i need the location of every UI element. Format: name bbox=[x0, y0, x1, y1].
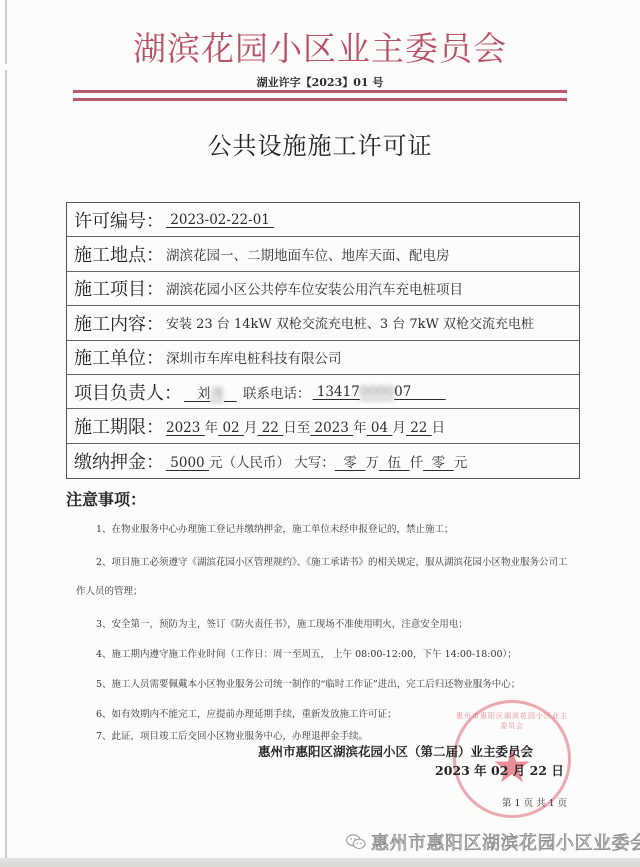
day-to: 日至 bbox=[283, 420, 310, 436]
row-location: 施工地点： 湖滨花园一、二期地面车位、地库天面、配电房 bbox=[67, 237, 579, 271]
row-content: 施工内容： 安装 23 台 14kW 双枪交流充电桩、3 台 7kW 双枪交流充… bbox=[67, 306, 579, 340]
permit-no-label: 许可编号： bbox=[74, 207, 164, 233]
manager-name-pad bbox=[224, 386, 237, 402]
start-month: 02 bbox=[218, 420, 244, 436]
note-item-2-cont: 作人员的管理； bbox=[76, 585, 143, 599]
wechat-watermark: 惠州市惠阳区湖滨花园小区业委会 bbox=[345, 829, 640, 855]
month-char-2: 月 bbox=[392, 420, 406, 436]
year-char-2: 年 bbox=[353, 420, 367, 436]
watermark-text: 惠州市惠阳区湖滨花园小区业委会 bbox=[371, 829, 640, 855]
project-value: 湖滨花园小区公共停车位安装公用汽车充电桩项目 bbox=[166, 278, 463, 298]
content-value: 安装 23 台 14kW 双枪交流充电桩、3 台 7kW 双枪交流充电桩 bbox=[166, 313, 534, 332]
deposit-yuan-digit: 零 bbox=[423, 455, 454, 471]
signature-date: 2023 年 02 月 22 日 bbox=[435, 761, 564, 779]
row-project: 施工项目： 湖滨花园小区公共停车位安装公用汽车充电桩项目 bbox=[67, 272, 579, 306]
content-label: 施工内容： bbox=[74, 310, 164, 336]
deposit-yuan: 元 bbox=[454, 455, 468, 471]
note-item-1: 1、在物业服务中心办理施工登记并缴纳押金，施工单位未经申报登记的，禁止施工； bbox=[96, 523, 454, 537]
phone-redacted: 0000 bbox=[360, 384, 394, 400]
notes-heading: 注意事项： bbox=[66, 487, 146, 510]
row-period: 施工期限： 2023 年 02 月 22 日至 2023 年 04 月 22 日 bbox=[67, 409, 579, 443]
note-item-5: 5、施工人员需要佩戴本小区物业服务公司统一制作的“临时工作证”进出，完工后归还物… bbox=[96, 678, 520, 692]
note-item-3: 3、安全第一，预防为主，签订《防火责任书》，施工现场不准使用明火，注意安全用电； bbox=[96, 618, 468, 632]
seal-text: 惠州市惠阳区湖滨花园小区业主委员会 bbox=[456, 711, 568, 731]
phone-value: 13417000007 bbox=[313, 384, 446, 400]
phone-visible-prefix: 13417 bbox=[313, 384, 360, 400]
permit-form-table: 许可编号： 2023-02-22-01 施工地点： 湖滨花园一、二期地面车位、地… bbox=[66, 202, 580, 479]
location-label: 施工地点： bbox=[74, 241, 164, 267]
deposit-unit: 元（人民币） 大写： bbox=[209, 455, 335, 471]
year-char: 年 bbox=[205, 420, 219, 436]
manager-label: 项目负责人： bbox=[74, 379, 182, 405]
project-label: 施工项目： bbox=[74, 275, 164, 301]
location-value: 湖滨花园一、二期地面车位、地库天面、配电房 bbox=[166, 244, 450, 264]
header-rule-bottom bbox=[73, 98, 567, 101]
period-value: 2023 年 02 月 22 日至 2023 年 04 月 22 日 bbox=[166, 416, 445, 436]
signature-org: 惠州市惠阳区湖滨花园小区（第二届）业主委员会 bbox=[258, 742, 533, 760]
permit-no-value: 2023-02-22-01 bbox=[166, 212, 274, 228]
note-item-6: 6、如有效期内不能完工，应提前办理延期手续，重新发放施工许可证； bbox=[96, 708, 397, 722]
end-day: 22 bbox=[406, 420, 432, 436]
end-year: 2023 bbox=[310, 420, 353, 436]
row-contractor: 施工单位： 深圳市车库电桩科技有限公司 bbox=[67, 341, 579, 375]
row-permit-no: 许可编号： 2023-02-22-01 bbox=[67, 203, 579, 237]
contractor-value: 深圳市车库电桩科技有限公司 bbox=[166, 347, 342, 367]
manager-name-visible: 刘 bbox=[184, 386, 210, 402]
day-char: 日 bbox=[432, 420, 446, 436]
contractor-label: 施工单位： bbox=[74, 344, 164, 370]
deposit-value: 5000 元（人民币） 大写： 零 万 伍 仟 零 元 bbox=[166, 451, 467, 471]
deposit-label: 缴纳押金： bbox=[74, 448, 164, 474]
row-deposit: 缴纳押金： 5000 元（人民币） 大写： 零 万 伍 仟 零 元 bbox=[67, 444, 579, 478]
wechat-icon bbox=[345, 833, 367, 851]
deposit-amount: 5000 bbox=[166, 455, 209, 471]
month-char: 月 bbox=[244, 420, 258, 436]
org-title: 湖滨花园小区业主委员会 bbox=[0, 29, 640, 69]
manager-name: 刘涛 bbox=[184, 382, 237, 402]
header-rule-top bbox=[73, 90, 567, 93]
note-item-4: 4、施工期内遵守施工作业时间（工作日：周一至周五， 上午 08:00-12:00… bbox=[96, 648, 517, 662]
period-label: 施工期限： bbox=[74, 413, 164, 439]
page-indicator: 第 1 页 共 1 页 bbox=[502, 795, 567, 809]
doc-number: 湖业许字【2023】01 号 bbox=[0, 74, 640, 90]
deposit-wan-digit: 零 bbox=[335, 455, 366, 471]
permit-title: 公共设施施工许可证 bbox=[0, 131, 640, 161]
deposit-qian-digit: 伍 bbox=[379, 455, 410, 471]
manager-name-redacted: 涛 bbox=[210, 386, 224, 402]
page-bottom-edge bbox=[0, 858, 640, 867]
phone-visible-suffix: 07 bbox=[394, 384, 446, 400]
start-day: 22 bbox=[257, 420, 283, 436]
deposit-qian: 仟 bbox=[410, 455, 424, 471]
phone-label: 联系电话： bbox=[239, 382, 311, 402]
end-month: 04 bbox=[367, 420, 393, 436]
row-manager: 项目负责人： 刘涛 联系电话： 13417000007 bbox=[67, 375, 579, 409]
note-item-2: 2、项目施工必须遵守《湖滨花园小区管理规约》、《施工承诺书》的相关规定，服从湖滨… bbox=[96, 556, 568, 570]
start-year: 2023 bbox=[166, 420, 205, 436]
deposit-wan: 万 bbox=[365, 455, 379, 471]
